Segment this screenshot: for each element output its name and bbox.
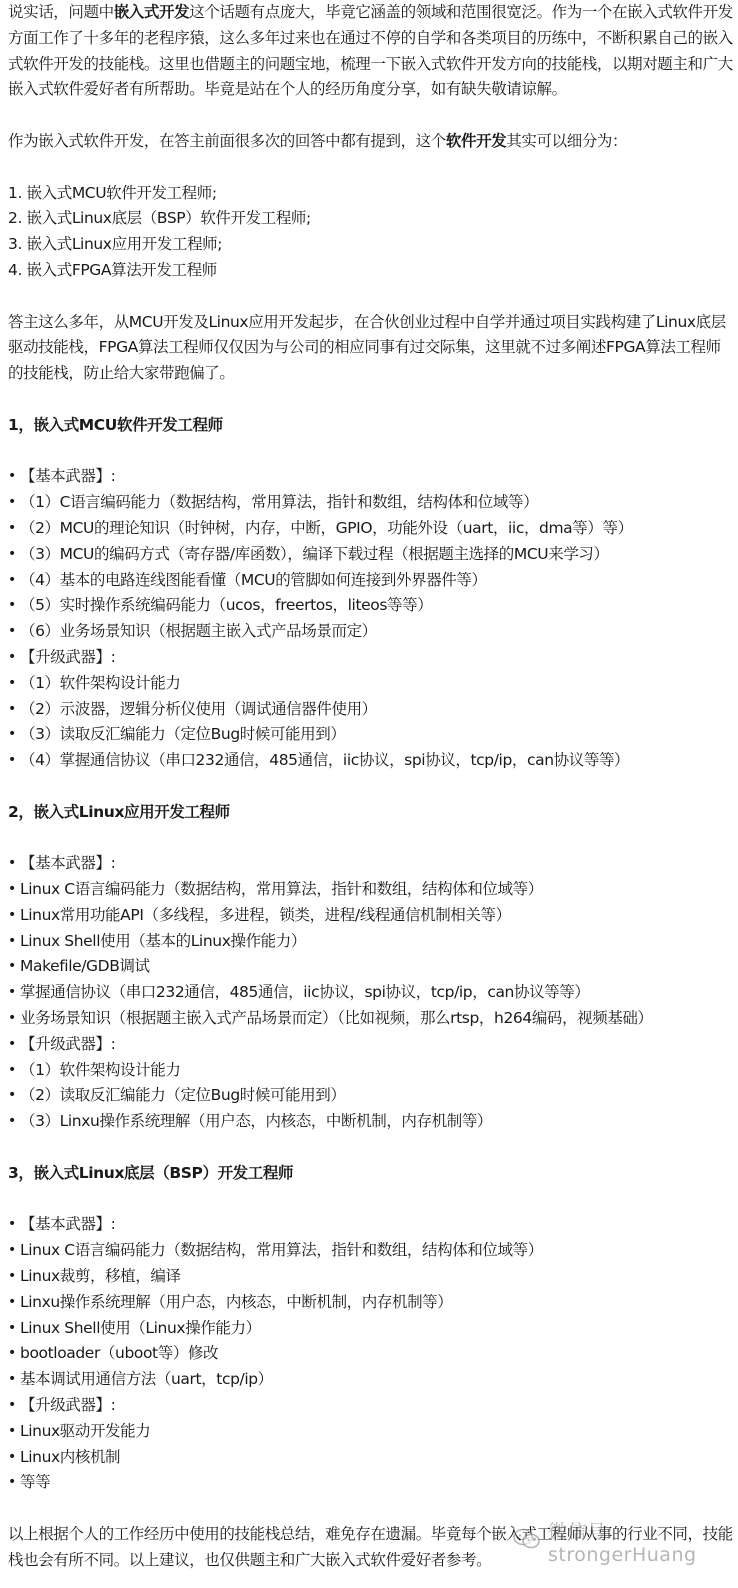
skill-list-linux-app: 【基本武器】: Linux C语言编码能力（数据结构，常用算法，指针和数组，结构… [8,851,734,1135]
list-item: 【基本武器】: [8,1212,734,1238]
list-item: （2）读取反汇编能力（定位Bug时候可能用到） [8,1083,734,1109]
list-item: （3）Linxu操作系统理解（用户态，内核态，中断机制，内存机制等） [8,1109,734,1135]
list-item: （6）业务场景知识（根据题主嵌入式产品场景而定） [8,619,734,645]
list-item: Linux裁剪，移植，编译 [8,1264,734,1290]
list-item: （2）MCU的理论知识（时钟树，内存，中断，GPIO，功能外设（uart，iic… [8,516,734,542]
list-item: Linux常用功能API（多线程，多进程，锁类，进程/线程通信机制相关等） [8,903,734,929]
article-body: 说实话，问题中嵌入式开发这个话题有点庞大，毕竟它涵盖的领域和范围很宽泛。作为一个… [8,0,734,1574]
intro-emphasis: 嵌入式开发 [114,3,190,21]
list-item: （2）示波器，逻辑分析仪使用（调试通信器件使用） [8,697,734,723]
intro-text-pre: 说实话，问题中 [8,3,114,21]
list-item: （4）掌握通信协议（串口232通信，485通信，iic协议，spi协议，tcp/… [8,748,734,774]
list-item: Linux驱动开发能力 [8,1419,734,1445]
list-item: （5）实时操作系统编码能力（ucos，freertos，liteos等等） [8,593,734,619]
list-item: Linux C语言编码能力（数据结构，常用算法，指针和数组，结构体和位域等） [8,877,734,903]
conclusion-paragraph: 以上根据个人的工作经历中使用的技能栈总结，难免存在遗漏。毕竟每个嵌入式工程师从事… [8,1522,734,1574]
list-item: Linux Shell使用（基本的Linux操作能力） [8,929,734,955]
subdivide-emphasis: 软件开发 [446,132,506,150]
list-item: 【基本武器】: [8,851,734,877]
list-item: Linux Shell使用（Linux操作能力） [8,1316,734,1342]
subdivide-text-pre: 作为嵌入式软件开发，在答主前面很多次的回答中都有提到，这个 [8,132,446,150]
list-item: 业务场景知识（根据题主嵌入式产品场景而定）（比如视频，那么rtsp，h264编码… [8,1006,734,1032]
list-item: Linux内核机制 [8,1445,734,1471]
section-heading-linux-app: 2，嵌入式Linux应用开发工程师 [8,800,734,826]
role-item: 4. 嵌入式FPGA算法开发工程师 [8,258,734,284]
list-item: （1）C语言编码能力（数据结构，常用算法，指针和数组，结构体和位域等） [8,490,734,516]
list-item: 【升级武器】: [8,1032,734,1058]
role-item: 2. 嵌入式Linux底层（BSP）软件开发工程师; [8,206,734,232]
list-item: （1）软件架构设计能力 [8,1058,734,1084]
role-item: 1. 嵌入式MCU软件开发工程师; [8,181,734,207]
roles-list: 1. 嵌入式MCU软件开发工程师; 2. 嵌入式Linux底层（BSP）软件开发… [8,181,734,284]
list-item: Linux C语言编码能力（数据结构，常用算法，指针和数组，结构体和位域等） [8,1238,734,1264]
list-item: （1）软件架构设计能力 [8,671,734,697]
list-item: 等等 [8,1470,734,1496]
list-item: （4）基本的电路连线图能看懂（MCU的管脚如何连接到外界器件等） [8,568,734,594]
background-paragraph: 答主这么多年，从MCU开发及Linux应用开发起步，在合伙创业过程中自学并通过项… [8,310,734,387]
list-item: Makefile/GDB调试 [8,954,734,980]
subdivide-paragraph: 作为嵌入式软件开发，在答主前面很多次的回答中都有提到，这个软件开发其实可以细分为… [8,129,734,155]
list-item: Linxu操作系统理解（用户态，内核态，中断机制，内存机制等） [8,1290,734,1316]
list-item: 掌握通信协议（串口232通信，485通信，iic协议，spi协议，tcp/ip，… [8,980,734,1006]
list-item: 【升级武器】: [8,645,734,671]
skill-list-mcu: 【基本武器】: （1）C语言编码能力（数据结构，常用算法，指针和数组，结构体和位… [8,464,734,774]
list-item: 【升级武器】: [8,1393,734,1419]
list-item: 【基本武器】: [8,464,734,490]
subdivide-text-post: 其实可以细分为： [506,132,627,150]
role-item: 3. 嵌入式Linux应用开发工程师; [8,232,734,258]
section-heading-linux-bsp: 3，嵌入式Linux底层（BSP）开发工程师 [8,1161,734,1187]
list-item: （3）MCU的编码方式（寄存器/库函数），编译下载过程（根据题主选择的MCU来学… [8,542,734,568]
list-item: bootloader（uboot等）修改 [8,1341,734,1367]
section-heading-mcu: 1，嵌入式MCU软件开发工程师 [8,413,734,439]
list-item: （3）读取反汇编能力（定位Bug时候可能用到） [8,722,734,748]
skill-list-linux-bsp: 【基本武器】: Linux C语言编码能力（数据结构，常用算法，指针和数组，结构… [8,1212,734,1496]
list-item: 基本调试用通信方法（uart，tcp/ip） [8,1367,734,1393]
intro-paragraph: 说实话，问题中嵌入式开发这个话题有点庞大，毕竟它涵盖的领域和范围很宽泛。作为一个… [8,0,734,103]
